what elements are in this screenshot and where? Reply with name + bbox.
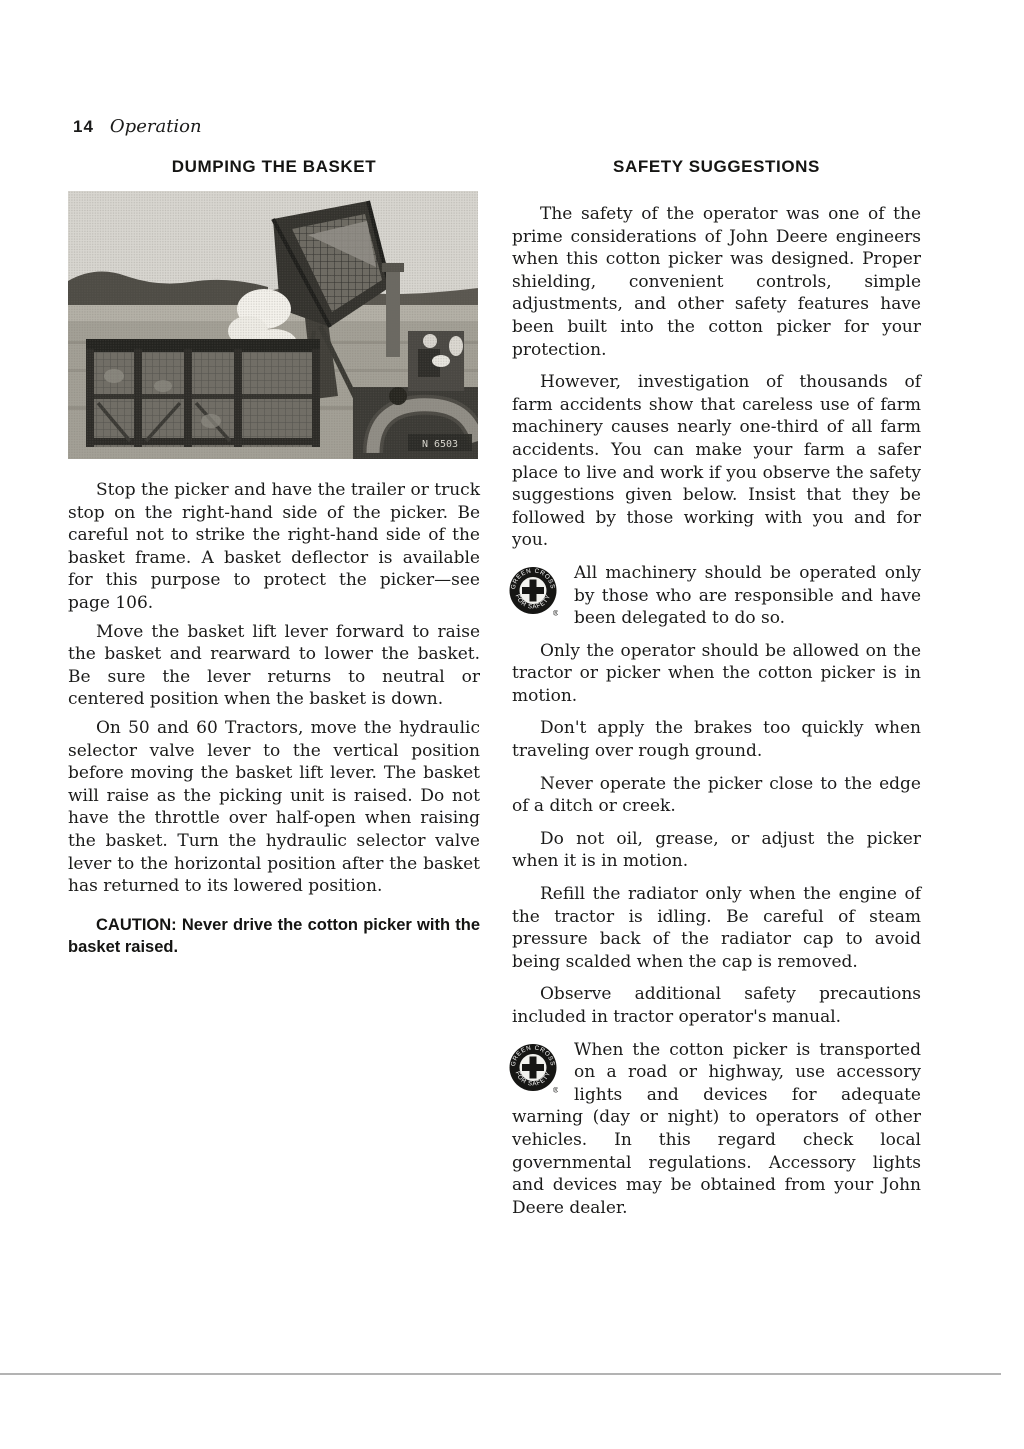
right-column-heading: SAFETY SUGGESTIONS: [512, 157, 921, 177]
green-cross-safety-icon: GREEN CROSS FOR SAFETY ®: [508, 564, 558, 617]
safety-paragraph: Don't apply the brakes too quickly when …: [512, 717, 921, 762]
safety-paragraph: However, investigation of thousands of f…: [512, 371, 921, 552]
right-column: SAFETY SUGGESTIONS The safety of the ope…: [512, 157, 921, 1229]
safety-paragraph: When the cotton picker is transported on…: [512, 1039, 921, 1220]
left-paragraph: Stop the picker and have the trailer or …: [68, 479, 480, 615]
page-number: 14: [73, 117, 94, 137]
caution-note: CAUTION: Never drive the cotton picker w…: [68, 914, 480, 959]
safety-paragraph: Observe additional safety precautions in…: [512, 983, 921, 1028]
cotton-picker-photo-illustration: N 6503: [68, 191, 478, 459]
safety-paragraph: All machinery should be operated only by…: [512, 562, 921, 630]
safety-emblem-item: GREEN CROSS FOR SAFETY ® All machinery s…: [512, 562, 921, 630]
left-column: DUMPING THE BASKET: [68, 157, 480, 959]
safety-paragraph: The safety of the operator was one of th…: [512, 203, 921, 361]
left-column-heading: DUMPING THE BASKET: [68, 157, 480, 177]
green-cross-safety-icon: GREEN CROSS FOR SAFETY ®: [508, 1041, 558, 1094]
basket-dump-photo: N 6503: [68, 191, 480, 459]
svg-text:®: ®: [552, 1085, 558, 1094]
safety-paragraph: Do not oil, grease, or adjust the picker…: [512, 828, 921, 873]
page-header: 14 Operation: [73, 116, 202, 137]
safety-emblem-item: GREEN CROSS FOR SAFETY ® When the cotton…: [512, 1039, 921, 1220]
safety-paragraph: Refill the radiator only when the engine…: [512, 883, 921, 973]
page-bottom-rule: [0, 1373, 1001, 1375]
left-paragraph: Move the basket lift lever forward to ra…: [68, 621, 480, 711]
safety-paragraph: Never operate the picker close to the ed…: [512, 773, 921, 818]
safety-paragraph: Only the operator should be allowed on t…: [512, 640, 921, 708]
section-title: Operation: [110, 116, 202, 137]
manual-page: 14 Operation DUMPING THE BASKET: [0, 0, 1024, 1449]
left-paragraph: On 50 and 60 Tractors, move the hydrauli…: [68, 717, 480, 898]
svg-text:®: ®: [552, 608, 558, 617]
